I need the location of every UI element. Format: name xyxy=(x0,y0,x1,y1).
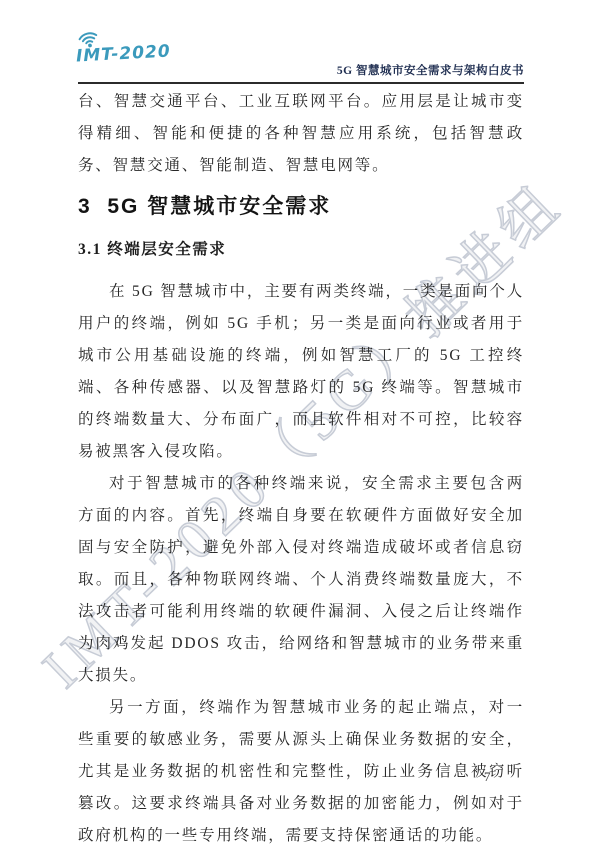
document-page: IMT-2020 5G 智慧城市安全需求与架构白皮书 IMT-2020（5G）推… xyxy=(0,0,600,848)
header-divider xyxy=(78,82,524,84)
paragraph-continuation: 台、智慧交通平台、工业互联网平台。应用层是让城市变得精细、智能和便捷的各种智慧应… xyxy=(78,86,524,182)
page-content: 台、智慧交通平台、工业互联网平台。应用层是让城市变得精细、智能和便捷的各种智慧应… xyxy=(78,86,524,848)
paragraph: 在 5G 智慧城市中，主要有两类终端，一类是面向个人用户的终端，例如 5G 手机… xyxy=(78,276,524,468)
imt-2020-logo: IMT-2020 xyxy=(76,30,186,72)
subsection-heading: 3.1 终端层安全需求 xyxy=(78,239,524,261)
section-heading: 3 5G 智慧城市安全需求 xyxy=(78,192,524,222)
header-document-title: 5G 智慧城市安全需求与架构白皮书 xyxy=(337,62,524,78)
paragraph: 另一方面，终端作为智慧城市业务的起止端点，对一些重要的敏感业务，需要从源头上确保… xyxy=(78,692,524,848)
logo-text: IMT-2020 xyxy=(76,42,172,67)
paragraph: 对于智慧城市的各种终端来说，安全需求主要包含两方面的内容。首先，终端自身要在软硬… xyxy=(78,468,524,692)
